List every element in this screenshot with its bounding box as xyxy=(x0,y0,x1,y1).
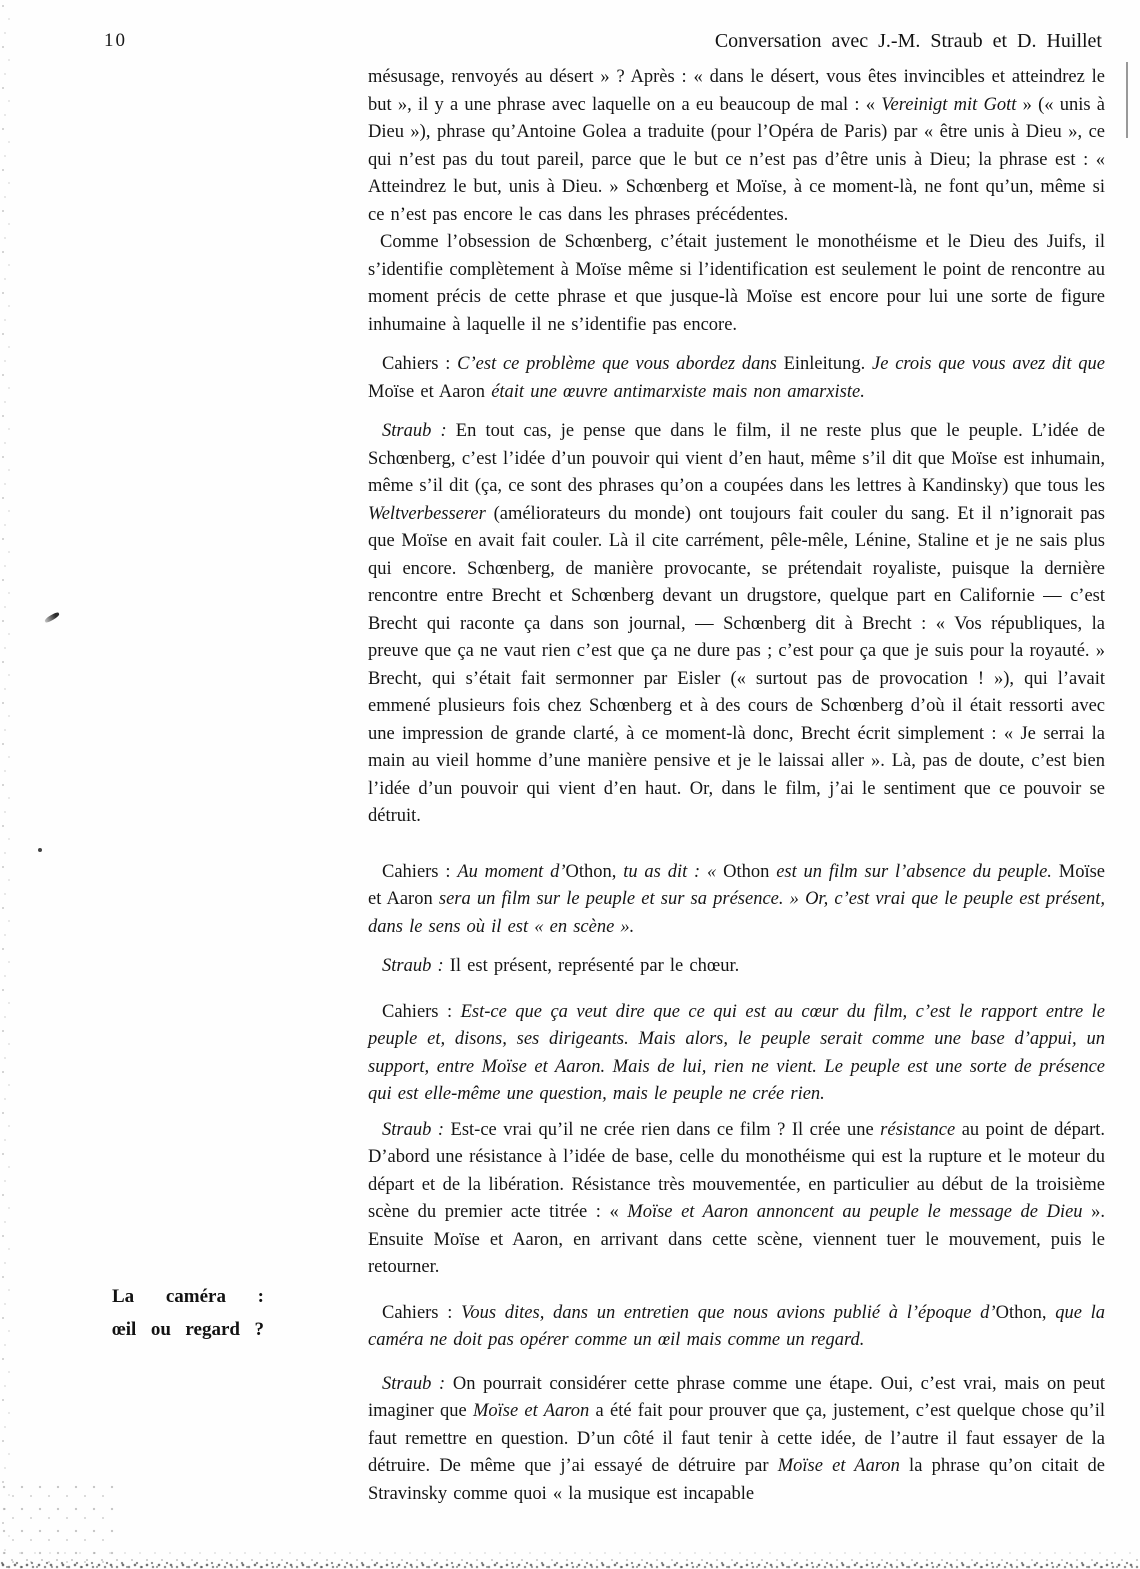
italic-text-segment: Straub : xyxy=(382,1120,451,1140)
italic-text-segment: Straub : xyxy=(382,956,450,976)
paragraph-answer: Straub : On pourrait considérer cette ph… xyxy=(368,1371,1105,1509)
paragraph-continuation: mésusage, renvoyés au désert » ? Après :… xyxy=(368,64,1105,229)
italic-text-segment: résistance xyxy=(880,1120,955,1140)
italic-text-segment: Vereinigt mit Gott xyxy=(881,95,1016,115)
paragraph-question: Cahiers : Au moment d’Othon, tu as dit :… xyxy=(368,859,1105,942)
margin-note-line-1: La caméra : xyxy=(112,1280,264,1313)
italic-text-segment: Moïse et Aaron xyxy=(778,1456,900,1476)
text-segment: Othon, xyxy=(566,862,624,882)
margin-note-line-2: œil ou regard ? xyxy=(112,1313,264,1346)
italic-text-segment: Je crois que vous avez dit que xyxy=(872,354,1105,374)
italic-text-segment: Straub : xyxy=(382,421,456,441)
paragraph-answer: Straub : En tout cas, je pense que dans … xyxy=(368,418,1105,831)
ink-smudge-mark xyxy=(44,612,60,624)
italic-text-segment: Moïse et Aaron xyxy=(473,1401,589,1421)
text-segment: (améliorateurs du monde) ont toujours fa… xyxy=(368,504,1105,827)
italic-text-segment: Vous dites, dans un entretien que nous a… xyxy=(461,1303,996,1323)
text-segment: Comme l’obsession de Schœnberg, c’était … xyxy=(368,232,1105,335)
running-header: Conversation avec J.-M. Straub et D. Hui… xyxy=(715,30,1102,53)
paragraph-question: Cahiers : Vous dites, dans un entretien … xyxy=(368,1300,1105,1355)
text-segment: Cahiers : xyxy=(382,1002,461,1022)
text-segment: Einleitung. xyxy=(784,354,872,374)
italic-text-segment: Est-ce que ça veut dire que ce qui est a… xyxy=(368,1002,1105,1105)
text-segment: Moïse et Aaron xyxy=(368,382,491,402)
italic-text-segment: C’est ce problème que vous abordez dans xyxy=(457,354,783,374)
paragraph-question: Cahiers : C’est ce problème que vous abo… xyxy=(368,351,1105,406)
italic-text-segment: Weltverbesserer xyxy=(368,504,486,524)
text-segment: Othon xyxy=(723,862,776,882)
italic-text-segment: Au moment d’ xyxy=(457,862,565,882)
text-segment: En tout cas, je pense que dans le film, … xyxy=(368,421,1105,496)
italic-text-segment: Moïse et Aaron annoncent au peuple le me… xyxy=(627,1202,1082,1222)
italic-text-segment: sera un film sur le peuple et sur sa pré… xyxy=(368,889,1105,937)
page-number: 10 xyxy=(104,30,127,52)
paragraph-answer: Straub : Est-ce vrai qu’il ne crée rien … xyxy=(368,1117,1105,1282)
text-segment: Cahiers : xyxy=(382,862,457,882)
italic-text-segment: Straub : xyxy=(382,1374,453,1394)
scan-edge-line xyxy=(1126,62,1128,138)
text-segment: Cahiers : xyxy=(382,354,457,374)
text-segment: Il est présent, représenté par le chœur. xyxy=(450,956,739,976)
text-segment: Est-ce vrai qu’il ne crée rien dans ce f… xyxy=(451,1120,881,1140)
scan-noise-bottom-left-corner xyxy=(0,1479,120,1569)
ink-dot-mark xyxy=(38,848,42,852)
margin-note: La caméra : œil ou regard ? xyxy=(112,1280,264,1346)
interview-text-column: mésusage, renvoyés au désert » ? Après :… xyxy=(368,64,1105,1508)
paragraph-question: Cahiers : Est-ce que ça veut dire que ce… xyxy=(368,999,1105,1109)
text-segment: Othon, xyxy=(996,1303,1056,1323)
italic-text-segment: était une œuvre antimarxiste mais non am… xyxy=(491,382,865,402)
italic-text-segment: est un film sur l’absence du peuple. xyxy=(776,862,1059,882)
scan-noise-bottom-edge xyxy=(0,1543,1140,1569)
scan-noise-left-edge xyxy=(0,0,14,1569)
italic-text-segment: tu as dit : « xyxy=(623,862,723,882)
text-segment: Cahiers : xyxy=(382,1303,461,1323)
paragraph-answer: Straub : Il est présent, représenté par … xyxy=(368,953,1105,981)
paragraph-indented: Comme l’obsession de Schœnberg, c’était … xyxy=(368,229,1105,339)
scanned-book-page: 10 Conversation avec J.-M. Straub et D. … xyxy=(0,0,1140,1569)
